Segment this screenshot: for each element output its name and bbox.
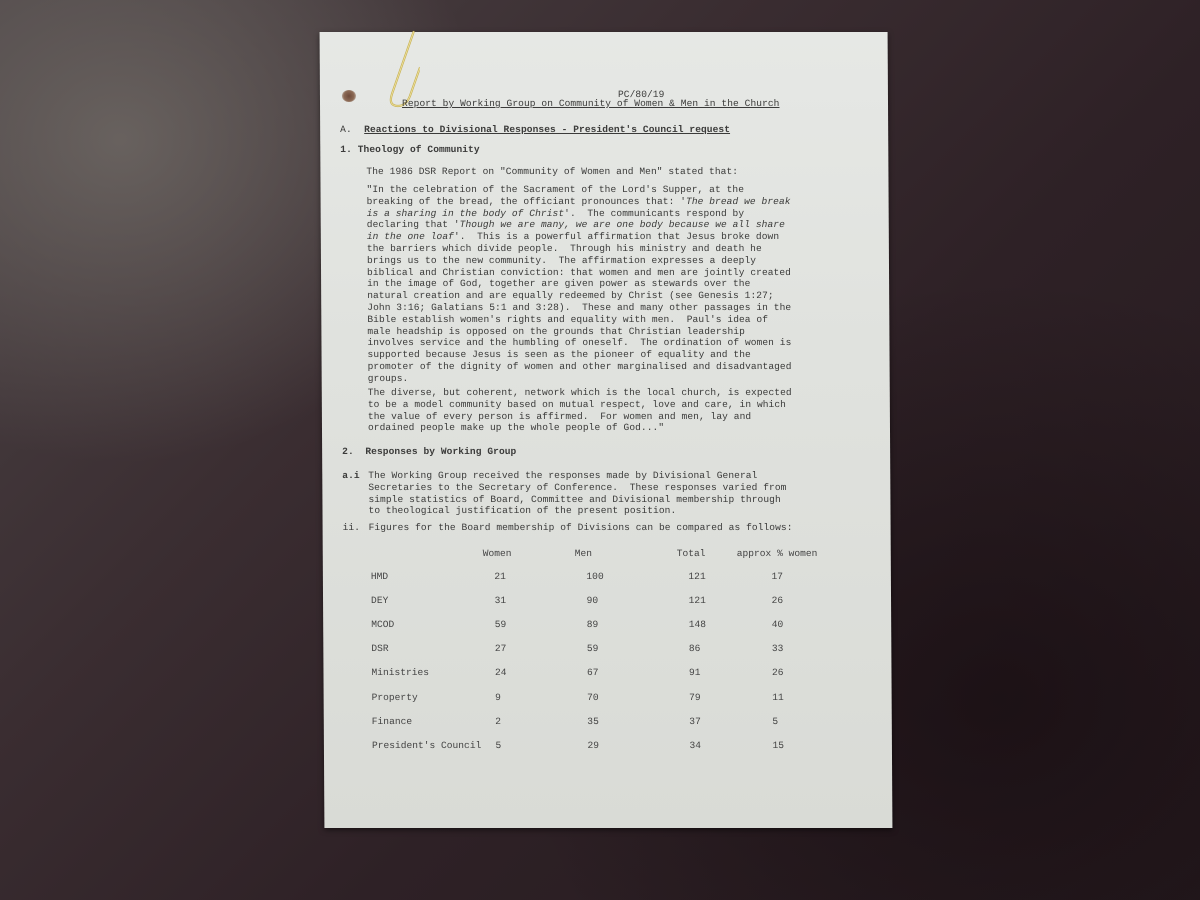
text-line: the barriers which divide people. Throug… bbox=[367, 243, 791, 255]
text-line: in the one loaf'. This is a powerful aff… bbox=[367, 231, 791, 243]
cell-pct: 26 bbox=[737, 661, 827, 685]
cell-pct: 26 bbox=[737, 588, 827, 612]
cell-women: 24 bbox=[483, 661, 575, 685]
text-line: Secretaries to the Secretary of Conferen… bbox=[368, 482, 786, 494]
paragraph-ii-number: ii. bbox=[343, 522, 360, 534]
column-header-division bbox=[371, 542, 483, 564]
section-2-heading: 2. Responses by Working Group bbox=[342, 446, 516, 458]
cell-division: MCOD bbox=[371, 612, 483, 636]
table-row: Ministries 24 67 91 26 bbox=[371, 661, 827, 685]
cell-women: 27 bbox=[483, 637, 575, 661]
table-row: HMD 21 100 121 17 bbox=[371, 564, 827, 588]
section-1-heading: 1. Theology of Community bbox=[340, 144, 479, 156]
section-1-intro: The 1986 DSR Report on "Community of Wom… bbox=[366, 166, 738, 178]
cell-women: 31 bbox=[483, 588, 575, 612]
cell-women: 2 bbox=[484, 709, 576, 733]
cell-pct: 15 bbox=[738, 733, 828, 757]
text-line: supported because Jesus is seen as the p… bbox=[368, 349, 792, 361]
cell-division: DSR bbox=[371, 637, 483, 661]
table-row: MCOD 59 89 148 40 bbox=[371, 612, 827, 636]
cell-division: HMD bbox=[371, 564, 483, 588]
cell-women: 59 bbox=[483, 612, 575, 636]
text-line: simple statistics of Board, Committee an… bbox=[368, 494, 786, 506]
cell-division: DEY bbox=[371, 588, 483, 612]
table-row: Property 9 70 79 11 bbox=[372, 685, 828, 709]
column-header-men: Men bbox=[575, 542, 677, 564]
cell-men: 100 bbox=[575, 564, 677, 588]
cell-men: 90 bbox=[575, 588, 677, 612]
text-line: male headship is opposed on the grounds … bbox=[367, 326, 791, 338]
text-line: declaring that 'Though we are many, we a… bbox=[367, 219, 791, 231]
text-line: promoter of the dignity of women and oth… bbox=[368, 361, 792, 373]
cell-total: 148 bbox=[677, 612, 737, 636]
cell-total: 121 bbox=[677, 588, 737, 612]
text-line: to theological justification of the pres… bbox=[368, 505, 786, 517]
document-title: Report by Working Group on Community of … bbox=[402, 98, 780, 110]
text-line: is a sharing in the body of Christ'. The… bbox=[367, 208, 791, 220]
paragraph-a-number: a.i bbox=[342, 470, 359, 482]
table-row: President's Council 5 29 34 15 bbox=[372, 733, 828, 757]
table-row: DSR 27 59 86 33 bbox=[371, 637, 827, 661]
cell-men: 70 bbox=[576, 685, 678, 709]
text-line: the value of every person is affirmed. F… bbox=[368, 411, 792, 423]
text-line: ordained people make up the whole people… bbox=[368, 422, 792, 434]
quotation-paragraph-1: "In the celebration of the Sacrament of … bbox=[366, 184, 791, 385]
table-row: Finance 2 35 37 5 bbox=[372, 709, 828, 733]
cell-women: 9 bbox=[484, 685, 576, 709]
text-line: John 3:16; Galatians 5:1 and 3:28). Thes… bbox=[367, 302, 791, 314]
cell-men: 29 bbox=[576, 733, 678, 757]
text-line: The diverse, but coherent, network which… bbox=[368, 387, 792, 399]
column-header-total: Total bbox=[677, 542, 737, 564]
cell-total: 91 bbox=[677, 661, 737, 685]
cell-pct: 11 bbox=[738, 685, 828, 709]
cell-pct: 5 bbox=[738, 709, 828, 733]
text-line: The Working Group received the responses… bbox=[368, 470, 786, 482]
quotation-paragraph-2: The diverse, but coherent, network which… bbox=[368, 387, 792, 434]
cell-women: 5 bbox=[484, 733, 576, 757]
text-line: to be a model community based on mutual … bbox=[368, 399, 792, 411]
table-header-row: Women Men Total approx % women bbox=[371, 542, 827, 564]
text-line: Bible establish women's rights and equal… bbox=[367, 314, 791, 326]
text-line: biblical and Christian conviction: that … bbox=[367, 267, 791, 279]
document-page: PC/80/19 Report by Working Group on Comm… bbox=[320, 32, 893, 828]
cell-total: 121 bbox=[677, 564, 737, 588]
column-header-percent-women: approx % women bbox=[737, 542, 827, 564]
cell-pct: 17 bbox=[737, 564, 827, 588]
cell-men: 59 bbox=[575, 637, 677, 661]
cell-total: 37 bbox=[678, 709, 738, 733]
cell-division: Ministries bbox=[371, 661, 483, 685]
text-line: in the image of God, together are given … bbox=[367, 278, 791, 290]
cell-pct: 33 bbox=[737, 637, 827, 661]
table-row: DEY 31 90 121 26 bbox=[371, 588, 827, 612]
cell-division: Property bbox=[372, 685, 484, 709]
board-membership-table: Women Men Total approx % women HMD 21 10… bbox=[371, 542, 828, 758]
cell-division: Finance bbox=[372, 709, 484, 733]
cell-women: 21 bbox=[483, 564, 575, 588]
text-line: natural creation and are equally redeeme… bbox=[367, 290, 791, 302]
cell-men: 67 bbox=[575, 661, 677, 685]
text-line: involves service and the humbling of one… bbox=[367, 337, 791, 349]
cell-pct: 40 bbox=[737, 612, 827, 636]
cell-total: 79 bbox=[678, 685, 738, 709]
text-line: groups. bbox=[368, 373, 792, 385]
section-a-label: A. bbox=[340, 124, 352, 136]
paragraph-ii-text: Figures for the Board membership of Divi… bbox=[369, 522, 793, 534]
cell-men: 35 bbox=[576, 709, 678, 733]
text-line: "In the celebration of the Sacrament of … bbox=[366, 184, 790, 196]
cell-total: 86 bbox=[677, 637, 737, 661]
paragraph-a-text: The Working Group received the responses… bbox=[368, 470, 786, 517]
text-line: breaking of the bread, the officiant pro… bbox=[367, 196, 791, 208]
column-header-women: Women bbox=[483, 542, 575, 564]
coffee-stain bbox=[342, 90, 356, 102]
cell-men: 89 bbox=[575, 612, 677, 636]
cell-division: President's Council bbox=[372, 733, 484, 757]
section-a-heading: Reactions to Divisional Responses - Pres… bbox=[364, 124, 730, 136]
text-line: brings us to the new community. The affi… bbox=[367, 255, 791, 267]
cell-total: 34 bbox=[678, 733, 738, 757]
